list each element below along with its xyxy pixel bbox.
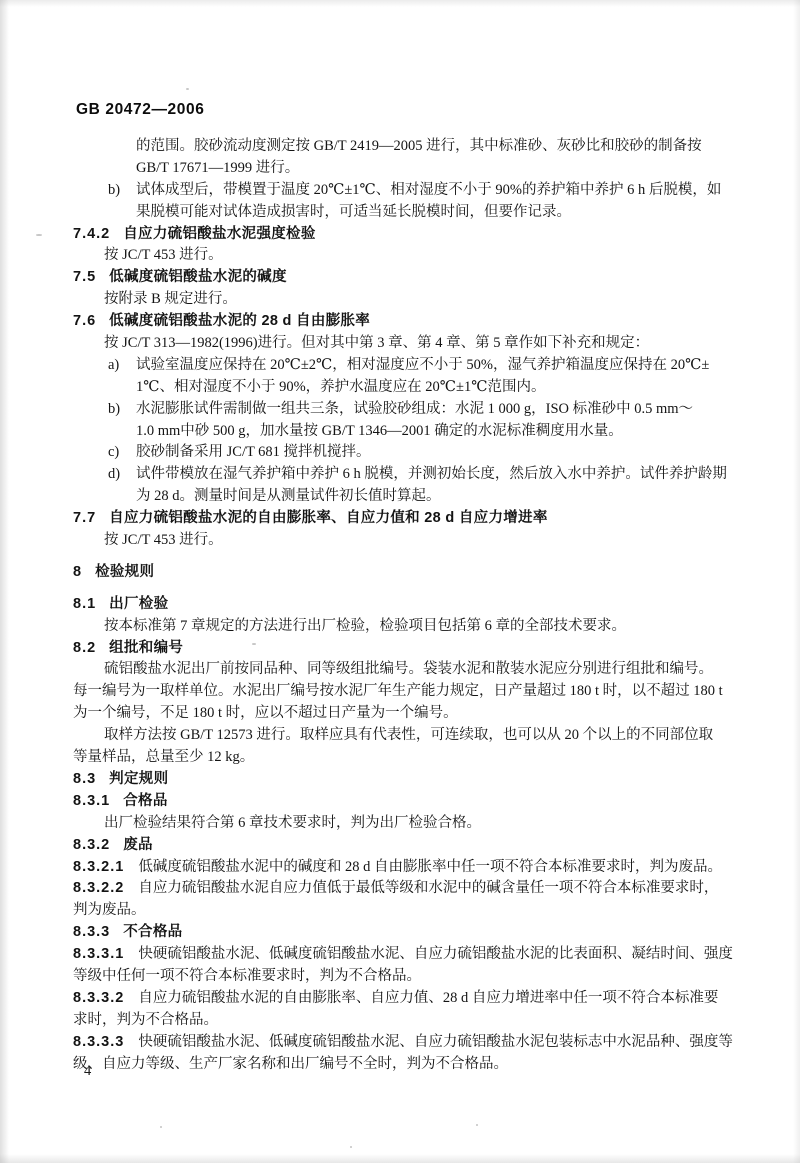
line-text: 取样方法按 GB/T 12573 进行。取样应具有代表性，可连续取，也可以从 2… — [104, 727, 713, 743]
clause-number: 7.7 — [73, 510, 96, 526]
line-text: 按 JC/T 453 进行。 — [104, 532, 223, 548]
text-line: 8.3.3.1快硬硫铝酸盐水泥、低碱度硫铝酸盐水泥、自应力硫铝酸盐水泥的比表面积… — [0, 944, 800, 966]
document-page: GB 20472—2006 的范围。胶砂流动度测定按 GB/T 2419—200… — [0, 0, 800, 1163]
line-text: 1.0 mm中砂 500 g，加水量按 GB/T 1346—2001 确定的水泥… — [136, 423, 623, 439]
line-text: 试件带模放在湿气养护箱中养护 6 h 脱模，并测初始长度，然后放入水中养护。试件… — [136, 466, 727, 482]
line-text: 合格品 — [123, 793, 167, 809]
clause-number: 8.3 — [73, 771, 96, 787]
text-line: 每一编号为一取样单位。水泥出厂编号按水泥厂年生产能力规定，日产量超过 180 t… — [0, 681, 800, 703]
text-line: 为 28 d。测量时间是从测量试件初长值时算起。 — [0, 486, 800, 508]
clause-number: 8.2 — [73, 640, 96, 656]
line-text: 按 JC/T 453 进行。 — [104, 247, 223, 263]
text-line: 8.3.2.1低碱度硫铝酸盐水泥中的碱度和 28 d 自由膨胀率中任一项不符合本… — [0, 857, 800, 879]
scan-speck — [36, 234, 42, 236]
line-text: 等级中任何一项不符合本标准要求时，判为不合格品。 — [73, 968, 421, 984]
text-line: 为一个编号，不足 180 t 时，应以不超过日产量为一个编号。 — [0, 703, 800, 725]
line-text: 等量样品，总量至少 12 kg。 — [73, 749, 254, 765]
line-text: 试体成型后，带模置于温度 20℃±1℃、相对湿度不小于 90%的养护箱中养护 6… — [136, 182, 721, 198]
clause-number: a) — [108, 355, 136, 377]
clause-number: b) — [108, 399, 136, 421]
line-text: 1℃、相对湿度不小于 90%，养护水温度应在 20℃±1℃范围内。 — [136, 379, 545, 395]
text-line: 8.1出厂检验 — [0, 594, 800, 616]
scan-speck — [160, 1126, 162, 1128]
line-text: 为一个编号，不足 180 t 时，应以不超过日产量为一个编号。 — [73, 705, 458, 721]
text-line: 硫铝酸盐水泥出厂前按同品种、同等级组批编号。袋装水泥和散装水泥应分别进行组批和编… — [0, 659, 800, 681]
text-line: 8.3.2废品 — [0, 835, 800, 857]
clause-number: 8.3.2.2 — [73, 880, 124, 896]
page-number: 4 — [84, 1063, 91, 1080]
text-line: 的范围。胶砂流动度测定按 GB/T 2419—2005 进行，其中标准砂、灰砂比… — [0, 136, 800, 158]
text-line: 判为废品。 — [0, 900, 800, 922]
scan-edge-bottom — [0, 1154, 800, 1163]
running-header: GB 20472—2006 — [76, 101, 204, 119]
line-text: 胶砂制备采用 JC/T 681 搅拌机搅拌。 — [136, 444, 371, 460]
text-line: 按本标准第 7 章规定的方法进行出厂检验，检验项目包括第 6 章的全部技术要求。 — [0, 616, 800, 638]
text-line: 按 JC/T 453 进行。 — [0, 530, 800, 552]
text-line: b)水泥膨胀试件需制做一组共三条，试验胶砂组成：水泥 1 000 g，ISO 标… — [0, 399, 800, 421]
text-line: 级、自应力等级、生产厂家名称和出厂编号不全时，判为不合格品。 — [0, 1054, 800, 1076]
clause-number: 8.3.2.1 — [73, 859, 124, 875]
text-line: 7.4.2自应力硫铝酸盐水泥强度检验 — [0, 224, 800, 246]
text-line: 7.6低碱度硫铝酸盐水泥的 28 d 自由膨胀率 — [0, 311, 800, 333]
text-line: 8检验规则 — [0, 562, 800, 584]
text-line: 等量样品，总量至少 12 kg。 — [0, 747, 800, 769]
scan-edge-top — [0, 0, 800, 7]
line-text: 快硬硫铝酸盐水泥、低碱度硫铝酸盐水泥、自应力硫铝酸盐水泥包装标志中水泥品种、强度… — [138, 1034, 733, 1050]
text-line: 取样方法按 GB/T 12573 进行。取样应具有代表性，可连续取，也可以从 2… — [0, 725, 800, 747]
text-line: d)试件带模放在湿气养护箱中养护 6 h 脱模，并测初始长度，然后放入水中养护。… — [0, 464, 800, 486]
line-text: 低碱度硫铝酸盐水泥的 28 d 自由膨胀率 — [109, 313, 370, 329]
scan-speck — [350, 1146, 352, 1148]
text-line: 8.3.3.3快硬硫铝酸盐水泥、低碱度硫铝酸盐水泥、自应力硫铝酸盐水泥包装标志中… — [0, 1032, 800, 1054]
line-text: 硫铝酸盐水泥出厂前按同品种、同等级组批编号。袋装水泥和散装水泥应分别进行组批和编… — [104, 661, 713, 677]
clause-number: c) — [108, 442, 136, 464]
line-text: 不合格品 — [123, 924, 182, 940]
clause-number: 8.3.2 — [73, 837, 110, 853]
line-text: 按本标准第 7 章规定的方法进行出厂检验，检验项目包括第 6 章的全部技术要求。 — [104, 618, 626, 634]
line-text: 试验室温度应保持在 20℃±2℃，相对湿度应不小于 50%，湿气养护箱温度应保持… — [136, 357, 709, 373]
line-text: 按 JC/T 313—1982(1996)进行。但对其中第 3 章、第 4 章、… — [104, 335, 649, 351]
clause-number: 8.3.3.3 — [73, 1034, 124, 1050]
line-text: 判为废品。 — [73, 902, 146, 918]
text-line: 1.0 mm中砂 500 g，加水量按 GB/T 1346—2001 确定的水泥… — [0, 421, 800, 443]
clause-number: d) — [108, 464, 136, 486]
text-line: 按 JC/T 453 进行。 — [0, 245, 800, 267]
line-text: 自应力硫铝酸盐水泥强度检验 — [123, 226, 315, 242]
line-text: 低碱度硫铝酸盐水泥中的碱度和 28 d 自由膨胀率中任一项不符合本标准要求时，判… — [138, 859, 722, 875]
clause-number: 8.3.3.2 — [73, 990, 124, 1006]
clause-number: 8.3.1 — [73, 793, 110, 809]
line-text: 求时，判为不合格品。 — [73, 1012, 218, 1028]
clause-number: 8 — [73, 564, 82, 580]
line-text: 出厂检验 — [109, 596, 168, 612]
line-text: 果脱模可能对试体造成损害时，可适当延长脱模时间，但要作记录。 — [136, 204, 571, 220]
text-line: 果脱模可能对试体造成损害时，可适当延长脱模时间，但要作记录。 — [0, 202, 800, 224]
clause-number: 7.6 — [73, 313, 96, 329]
clause-number: b) — [108, 180, 136, 202]
text-line: 8.3.3不合格品 — [0, 922, 800, 944]
line-text: 自应力硫铝酸盐水泥的自由膨胀率、自应力值、28 d 自应力增进率中任一项不符合本… — [138, 990, 718, 1006]
line-text: 快硬硫铝酸盐水泥、低碱度硫铝酸盐水泥、自应力硫铝酸盐水泥的比表面积、凝结时间、强… — [138, 946, 733, 962]
text-line: 按附录 B 规定进行。 — [0, 289, 800, 311]
text-line: b)试体成型后，带模置于温度 20℃±1℃、相对湿度不小于 90%的养护箱中养护… — [0, 180, 800, 202]
line-text: 级、自应力等级、生产厂家名称和出厂编号不全时，判为不合格品。 — [73, 1056, 508, 1072]
line-text: 自应力硫铝酸盐水泥的自由膨胀率、自应力值和 28 d 自应力增进率 — [109, 510, 547, 526]
clause-number: 7.5 — [73, 269, 96, 285]
line-text: 自应力硫铝酸盐水泥自应力值低于最低等级和水泥中的碱含量任一项不符合本标准要求时， — [138, 880, 718, 896]
text-line: 7.5低碱度硫铝酸盐水泥的碱度 — [0, 267, 800, 289]
line-text: 出厂检验结果符合第 6 章技术要求时，判为出厂检验合格。 — [104, 815, 481, 831]
text-line: 8.3.3.2自应力硫铝酸盐水泥的自由膨胀率、自应力值、28 d 自应力增进率中… — [0, 988, 800, 1010]
line-text: 组批和编号 — [109, 640, 183, 656]
clause-number: 7.4.2 — [73, 226, 110, 242]
line-text: 按附录 B 规定进行。 — [104, 291, 237, 307]
text-line: 按 JC/T 313—1982(1996)进行。但对其中第 3 章、第 4 章、… — [0, 333, 800, 355]
scan-speck — [476, 1124, 478, 1126]
clause-number: 8.1 — [73, 596, 96, 612]
text-line: 等级中任何一项不符合本标准要求时，判为不合格品。 — [0, 966, 800, 988]
text-line: a)试验室温度应保持在 20℃±2℃，相对湿度应不小于 50%，湿气养护箱温度应… — [0, 355, 800, 377]
line-text: 的范围。胶砂流动度测定按 GB/T 2419—2005 进行，其中标准砂、灰砂比… — [136, 138, 702, 154]
scan-speck — [252, 643, 256, 645]
line-text: 低碱度硫铝酸盐水泥的碱度 — [109, 269, 287, 285]
line-text: 废品 — [123, 837, 153, 853]
text-line: 求时，判为不合格品。 — [0, 1010, 800, 1032]
line-text: 判定规则 — [109, 771, 168, 787]
text-line: GB/T 17671—1999 进行。 — [0, 158, 800, 180]
clause-number: 8.3.3.1 — [73, 946, 124, 962]
line-text: 水泥膨胀试件需制做一组共三条，试验胶砂组成：水泥 1 000 g，ISO 标准砂… — [136, 401, 693, 417]
line-text: 每一编号为一取样单位。水泥出厂编号按水泥厂年生产能力规定，日产量超过 180 t… — [73, 683, 723, 699]
scan-speck — [186, 88, 189, 90]
clause-number: 8.3.3 — [73, 924, 110, 940]
text-line: c)胶砂制备采用 JC/T 681 搅拌机搅拌。 — [0, 442, 800, 464]
text-line: 8.3判定规则 — [0, 769, 800, 791]
text-line: 1℃、相对湿度不小于 90%，养护水温度应在 20℃±1℃范围内。 — [0, 377, 800, 399]
text-line: 8.3.2.2自应力硫铝酸盐水泥自应力值低于最低等级和水泥中的碱含量任一项不符合… — [0, 878, 800, 900]
line-text: GB/T 17671—1999 进行。 — [136, 160, 299, 176]
text-line: 出厂检验结果符合第 6 章技术要求时，判为出厂检验合格。 — [0, 813, 800, 835]
line-text: 检验规则 — [95, 564, 154, 580]
line-text: 为 28 d。测量时间是从测量试件初长值时算起。 — [136, 488, 441, 504]
text-line: 8.3.1合格品 — [0, 791, 800, 813]
text-line: 7.7自应力硫铝酸盐水泥的自由膨胀率、自应力值和 28 d 自应力增进率 — [0, 508, 800, 530]
text-line: 8.2组批和编号 — [0, 638, 800, 660]
document-content: 的范围。胶砂流动度测定按 GB/T 2419—2005 进行，其中标准砂、灰砂比… — [0, 136, 800, 1075]
